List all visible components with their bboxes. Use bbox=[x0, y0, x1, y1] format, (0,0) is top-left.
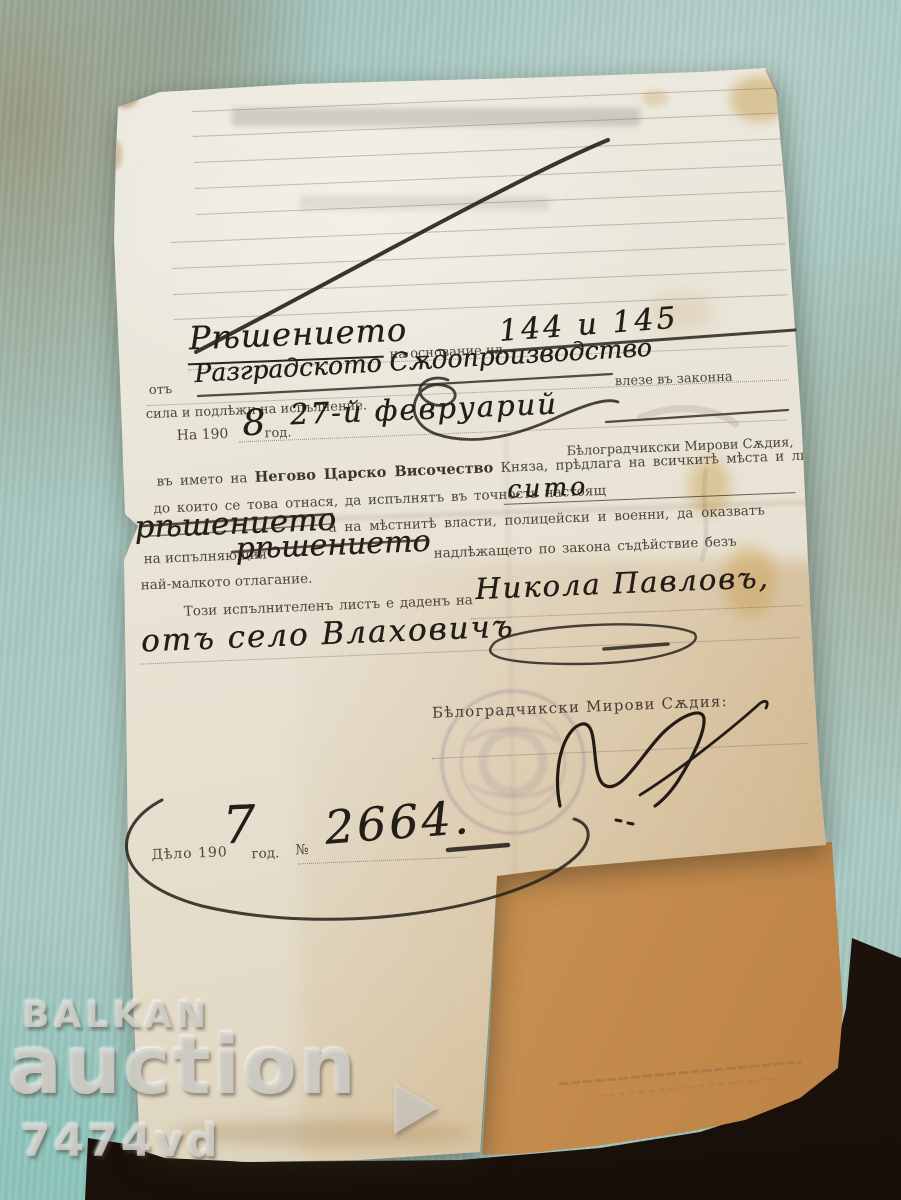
decree-line1-bold: Негово Царско Височество bbox=[254, 459, 493, 486]
photo-scene: Рѣшението на основание чл. 144 и 145 отъ… bbox=[0, 0, 901, 1200]
handwritten-sito: сито bbox=[507, 471, 589, 503]
stain-left-edge-2 bbox=[108, 140, 122, 170]
handwritten-year-digit: 8 bbox=[241, 402, 266, 444]
ruled-line bbox=[193, 112, 781, 137]
ruled-line bbox=[171, 217, 785, 243]
handwritten-recipient-name: Никола Павловъ, bbox=[474, 560, 770, 606]
case-number-sign: № bbox=[295, 842, 309, 859]
case-god-label: год. bbox=[251, 845, 279, 862]
dotted-leader bbox=[298, 857, 466, 865]
decree-line-4-post: надлѣжащето по закона съдѣйствие безъ bbox=[433, 534, 737, 562]
handwritten-date: 27-й февруарий bbox=[289, 387, 558, 432]
decree-line-5: най-малкото отлагание. bbox=[140, 571, 312, 594]
handwritten-case-number: 2664. bbox=[323, 790, 473, 855]
printed-na-190: На 190 bbox=[176, 426, 228, 444]
signature-judge-title: Бѣлоградчикски Мирови Сѫдия: bbox=[432, 692, 728, 722]
ruled-line bbox=[195, 164, 783, 189]
ruled-line bbox=[172, 243, 786, 269]
ruled-line bbox=[194, 138, 782, 163]
decree-line-1: въ името на Негово Царско Височество Кня… bbox=[156, 446, 826, 490]
signature-dotted-line bbox=[432, 743, 808, 759]
play-triangle-icon bbox=[394, 1082, 438, 1134]
ruled-line bbox=[192, 87, 780, 112]
document-content: Рѣшението на основание чл. 144 и 145 отъ… bbox=[118, 42, 862, 1169]
ruled-line bbox=[173, 269, 787, 295]
watermark-brand-main: auction bbox=[8, 1026, 358, 1106]
case-delo-label: Дѣло 190 bbox=[151, 844, 228, 863]
printed-from-word: отъ bbox=[149, 382, 173, 398]
handwritten-decision-ref-2: рѣшението bbox=[235, 524, 431, 567]
dotted-leader bbox=[470, 605, 802, 619]
decree-line1-pre: въ името на bbox=[156, 470, 247, 490]
ruled-line bbox=[196, 190, 784, 215]
watermark-code: 7474vd bbox=[20, 1120, 221, 1164]
